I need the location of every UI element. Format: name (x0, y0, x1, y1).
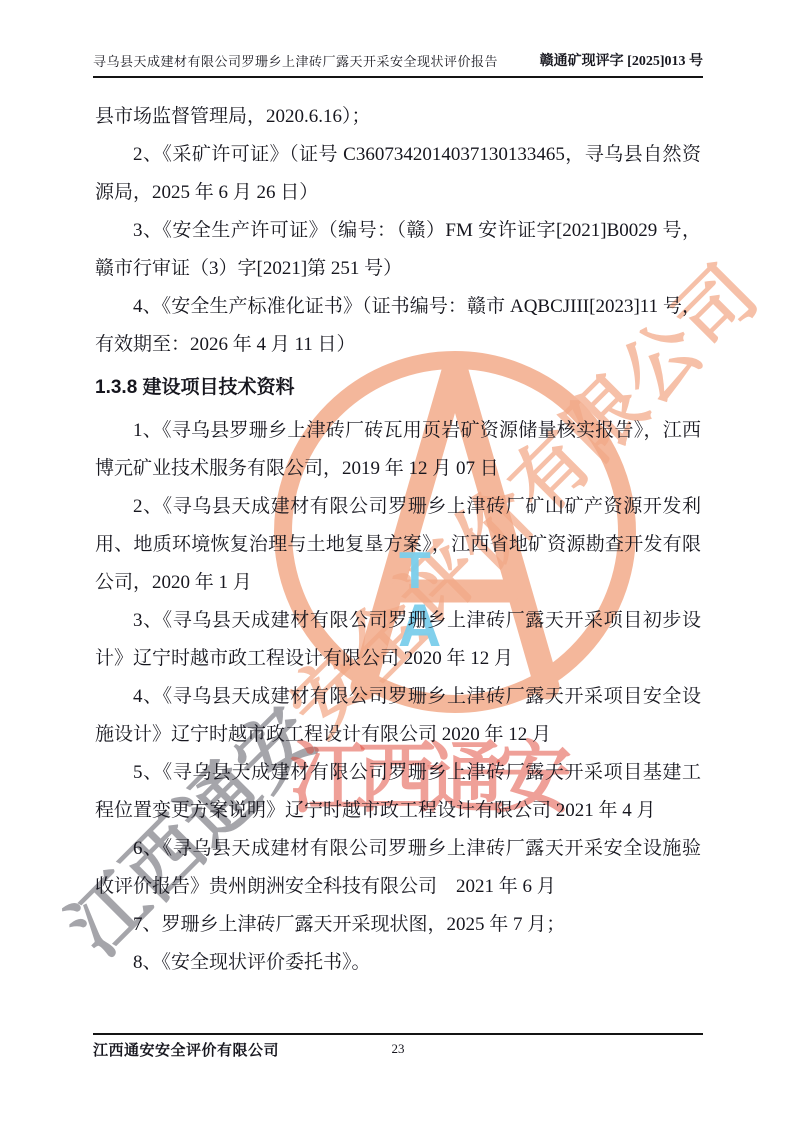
header-report-title: 寻乌县天成建材有限公司罗珊乡上津砖厂露天开采安全现状评价报告 (93, 51, 498, 70)
header-doc-number: 赣通矿现评字 [2025]013 号 (540, 50, 703, 70)
paragraph-tech-doc-5: 5、《寻乌县天成建材有限公司罗珊乡上津砖厂露天开采项目基建工程位置变更方案说明》… (95, 754, 701, 830)
page-header: 寻乌县天成建材有限公司罗珊乡上津砖厂露天开采安全现状评价报告 赣通矿现评字 [2… (93, 50, 703, 78)
document-page: 江西通安安全评价有限公司 T A 江西通安 寻乌县天成建材有限公司罗珊乡上津砖厂… (0, 0, 793, 1122)
paragraph-tech-doc-3: 3、《寻乌县天成建材有限公司罗珊乡上津砖厂露天开采项目初步设计》辽宁时越市政工程… (95, 602, 701, 678)
paragraph-continuation: 县市场监督管理局，2020.6.16）； (95, 98, 701, 136)
document-body: 县市场监督管理局，2020.6.16）； 2、《采矿许可证》（证号 C36073… (95, 98, 701, 982)
footer-company-name: 江西通安安全评价有限公司 (93, 1043, 279, 1059)
section-heading: 1.3.8 建设项目技术资料 (95, 369, 701, 407)
paragraph-safety-production-license: 3、《安全生产许可证》（编号：（赣）FM 安许证字[2021]B0029 号，赣… (95, 212, 701, 288)
paragraph-standardization-certificate: 4、《安全生产标准化证书》（证书编号：赣市 AQBCJIII[2023]11 号… (95, 288, 701, 364)
page-number: 23 (392, 1041, 405, 1057)
paragraph-tech-doc-6: 6、《寻乌县天成建材有限公司罗珊乡上津砖厂露天开采安全设施验收评价报告》贵州朗洲… (95, 830, 701, 906)
paragraph-tech-doc-4: 4、《寻乌县天成建材有限公司罗珊乡上津砖厂露天开采项目安全设施设计》辽宁时越市政… (95, 678, 701, 754)
paragraph-tech-doc-2: 2、《寻乌县天成建材有限公司罗珊乡上津砖厂矿山矿产资源开发利用、地质环境恢复治理… (95, 488, 701, 602)
paragraph-tech-doc-7: 7、罗珊乡上津砖厂露天开采现状图，2025 年 7 月； (95, 906, 701, 944)
paragraph-mining-license: 2、《采矿许可证》（证号 C3607342014037130133465，寻乌县… (95, 136, 701, 212)
paragraph-tech-doc-1: 1、《寻乌县罗珊乡上津砖厂砖瓦用页岩矿资源储量核实报告》，江西博元矿业技术服务有… (95, 412, 701, 488)
page-footer: 江西通安安全评价有限公司 23 (93, 1033, 703, 1060)
paragraph-tech-doc-8: 8、《安全现状评价委托书》。 (95, 944, 701, 982)
